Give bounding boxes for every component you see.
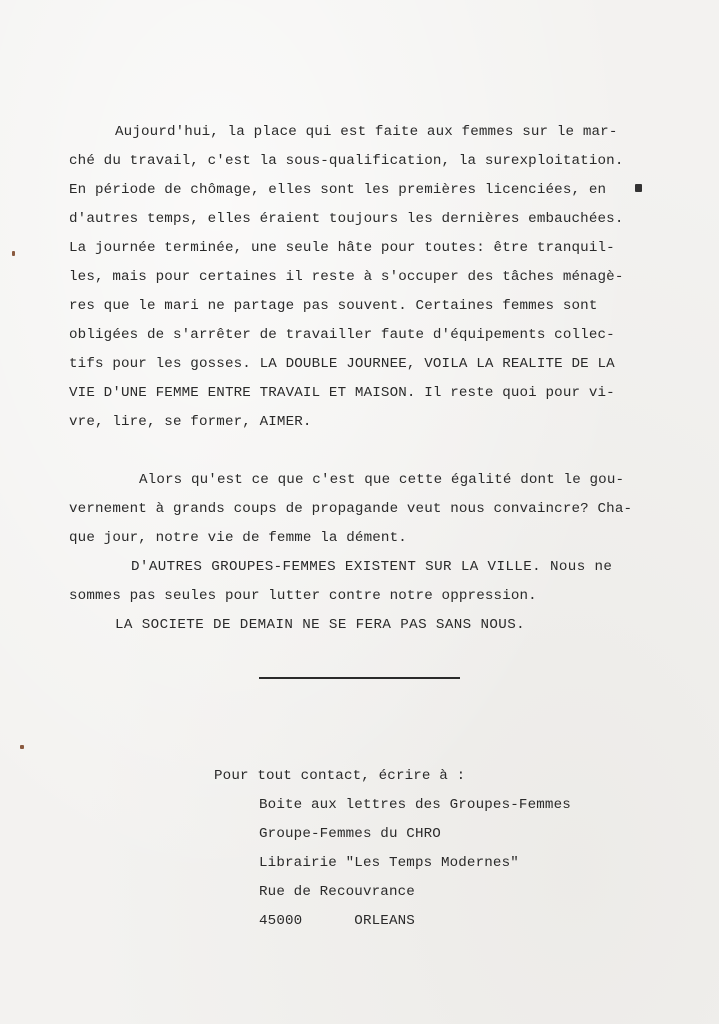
contact-address-line-2: Groupe-Femmes du CHRO [259, 825, 441, 843]
paragraph-1-line-6: les, mais pour certaines il reste à s'oc… [69, 268, 624, 286]
paragraph-2-line-2: vernement à grands coups de propagande v… [69, 500, 632, 518]
paragraph-3-line-2: sommes pas seules pour lutter contre not… [69, 587, 537, 605]
paragraph-1-line-9: tifs pour les gosses. LA DOUBLE JOURNEE,… [69, 355, 615, 373]
paragraph-1-line-2: ché du travail, c'est la sous-qualificat… [69, 152, 624, 170]
paragraph-1-line-3: En période de chômage, elles sont les pr… [69, 181, 606, 199]
paragraph-2-line-1: Alors qu'est ce que c'est que cette égal… [139, 471, 624, 489]
closing-slogan: LA SOCIETE DE DEMAIN NE SE FERA PAS SANS… [115, 616, 525, 634]
contact-address-line-1: Boite aux lettres des Groupes-Femmes [259, 796, 571, 814]
paragraph-1-line-7: res que le mari ne partage pas souvent. … [69, 297, 598, 315]
paragraph-1-line-1: Aujourd'hui, la place qui est faite aux … [115, 123, 618, 141]
contact-address-line-5: 45000 ORLEANS [259, 912, 415, 930]
paragraph-1-line-10: VIE D'UNE FEMME ENTRE TRAVAIL ET MAISON.… [69, 384, 615, 402]
separator-rule [259, 677, 460, 679]
paper-speck-mark [20, 745, 24, 749]
paragraph-2-line-3: que jour, notre vie de femme la dément. [69, 529, 407, 547]
paper-speck-mark [12, 251, 15, 256]
paragraph-1-line-4: d'autres temps, elles éraient toujours l… [69, 210, 624, 228]
contact-heading: Pour tout contact, écrire à : [214, 767, 465, 785]
contact-address-line-4: Rue de Recouvrance [259, 883, 415, 901]
paragraph-1-line-8: obligées de s'arrêter de travailler faut… [69, 326, 615, 344]
typewritten-page: Aujourd'hui, la place qui est faite aux … [0, 0, 719, 1024]
ink-blot-mark [635, 184, 642, 192]
paragraph-3-line-1: D'AUTRES GROUPES-FEMMES EXISTENT SUR LA … [131, 558, 612, 576]
paragraph-1-line-11: vre, lire, se former, AIMER. [69, 413, 312, 431]
contact-address-line-3: Librairie "Les Temps Modernes" [259, 854, 519, 872]
paragraph-1-line-5: La journée terminée, une seule hâte pour… [69, 239, 615, 257]
